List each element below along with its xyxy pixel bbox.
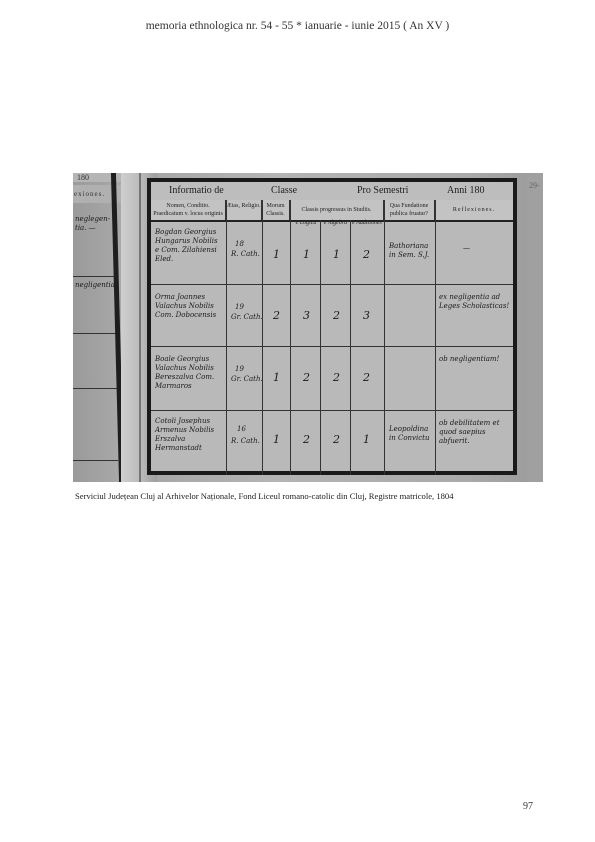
progress-algebra: 2 (333, 309, 340, 322)
title-semestri: Pro Semestri (357, 185, 408, 196)
progress-logica: 2 (303, 433, 310, 446)
student-religion: R. Cath. (231, 250, 260, 259)
student-age: 19 (235, 303, 244, 312)
fundatio: Leopoldina in Convictu (389, 425, 433, 443)
page-number: 97 (523, 801, 533, 812)
progress-logica: 2 (303, 371, 310, 384)
row-divider (73, 460, 118, 461)
progress-auditiones: 2 (363, 248, 370, 261)
table-row: Bogdan Georgius Hungarus Nobilis e Com. … (151, 222, 513, 285)
table-row: Orma Joannes Valachus Nobilis Com. Doboc… (151, 285, 513, 347)
figure-caption: Serviciul Județean Cluj al Arhivelor Naț… (75, 491, 454, 501)
col-header-reflexiones: Reflexiones. (435, 200, 513, 220)
reflexiones: ex negligentia ad Leges Scholasticas! (439, 293, 511, 311)
column-header-row: Nomen, Conditio. Praedicatum v. locus or… (151, 200, 513, 222)
reflexiones: ob negligentiam! (439, 355, 511, 364)
left-page-note-2: negligentia (75, 281, 115, 290)
gutter-crease (139, 173, 141, 482)
table-row: Boale Georgius Valachus Nobilis Bereszal… (151, 347, 513, 411)
table-row: Cotoli Josephus Armenus Nobilis Erszalva… (151, 411, 513, 471)
col-header-morum: Morum Classis. (262, 200, 290, 220)
reflexiones: — (463, 244, 470, 253)
student-age: 18 (235, 240, 244, 249)
progress-auditiones: 1 (363, 433, 370, 446)
col-header-aetas: Ætas, Religio. (226, 200, 262, 220)
student-name: Cotoli Josephus Armenus Nobilis Erszalva… (155, 417, 223, 453)
student-religion: R. Cath. (231, 437, 260, 446)
archival-photograph: 180 exiones. neglegen-tia. — negligentia… (73, 173, 543, 482)
student-name: Orma Joannes Valachus Nobilis Com. Doboc… (155, 293, 223, 320)
progress-algebra: 2 (333, 433, 340, 446)
running-header: memoria ethnologica nr. 54 - 55 * ianuar… (0, 20, 595, 32)
student-name: Boale Georgius Valachus Nobilis Bereszal… (155, 355, 223, 391)
row-divider (73, 276, 118, 277)
title-anni: Anni 180 (447, 185, 485, 196)
progress-logica: 3 (303, 309, 310, 322)
student-name: Bogdan Georgius Hungarus Nobilis e Com. … (155, 228, 223, 264)
register-table: Informatio de Classe Pro Semestri Anni 1… (147, 178, 517, 475)
edge-mark: 29- (529, 181, 540, 190)
morum-classis: 1 (273, 433, 280, 446)
progress-auditiones: 3 (363, 309, 370, 322)
col-header-progressus: Classis progressus in Studiis. (290, 200, 384, 220)
col-header-fundatio: Qua Fundatione publica fruatur? (384, 200, 435, 220)
row-divider (73, 333, 118, 334)
student-religion: Gr. Cath. (231, 313, 263, 322)
register-title-row: Informatio de Classe Pro Semestri Anni 1… (151, 182, 513, 202)
progress-auditiones: 2 (363, 371, 370, 384)
morum-classis: 1 (273, 371, 280, 384)
morum-classis: 1 (273, 248, 280, 261)
row-divider (73, 388, 118, 389)
progress-algebra: 1 (333, 248, 340, 261)
progress-algebra: 2 (333, 371, 340, 384)
fundatio: Bathoriana in Sem. S.J. (389, 242, 433, 260)
student-age: 16 (237, 425, 246, 434)
left-page-note-1: neglegen-tia. — (75, 215, 115, 233)
title-classe: Classe (271, 185, 297, 196)
title-informatio: Informatio de (169, 185, 224, 196)
student-religion: Gr. Cath. (231, 375, 263, 384)
morum-classis: 2 (273, 309, 280, 322)
reflexiones: ob debilitatem et quod saepius abfuerit. (439, 419, 511, 446)
student-age: 19 (235, 365, 244, 374)
left-page: 180 exiones. neglegen-tia. — negligentia (73, 173, 121, 482)
right-page-edge: 29- (527, 173, 543, 482)
progress-logica: 1 (303, 248, 310, 261)
col-header-nomen: Nomen, Conditio. Praedicatum v. locus or… (151, 200, 226, 220)
